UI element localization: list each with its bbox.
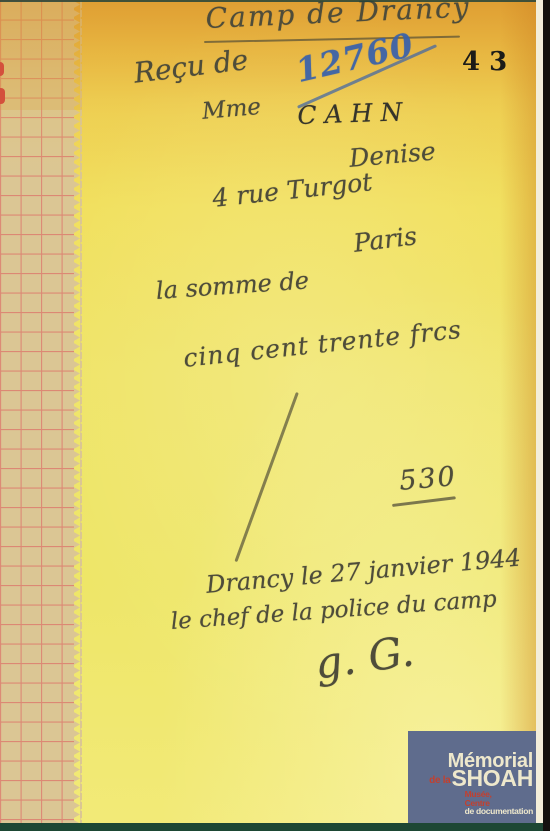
page-number: 43 bbox=[462, 47, 516, 77]
honorific: Mme bbox=[201, 94, 262, 125]
scan-edge-top bbox=[0, 0, 550, 2]
surname: CAHN bbox=[297, 97, 411, 130]
logo-shoah-line: de la SHOAH bbox=[429, 769, 533, 788]
scan-edge-bottom bbox=[0, 823, 543, 831]
scan-edge-cream-strip bbox=[536, 0, 543, 831]
red-edge-mark bbox=[0, 62, 4, 76]
logo-subtitle: Musée, Centre de documentation bbox=[465, 790, 533, 816]
red-edge-mark bbox=[0, 88, 5, 104]
graph-paper-margin bbox=[0, 0, 82, 831]
memorial-shoah-logo: Mémorial de la SHOAH Musée, Centre de do… bbox=[408, 731, 538, 823]
document-scan: Camp de Drancy 43 12760 Reçu de Mme CAHN… bbox=[0, 0, 550, 831]
logo-dela-text: de la bbox=[429, 776, 450, 786]
logo-shoah-text: SHOAH bbox=[451, 769, 533, 788]
amount-numeric: 530 bbox=[398, 461, 458, 497]
logo-documentation-text: de documentation bbox=[465, 807, 533, 816]
scan-edge-black-strip bbox=[543, 0, 550, 831]
receipt-paper bbox=[0, 0, 550, 831]
